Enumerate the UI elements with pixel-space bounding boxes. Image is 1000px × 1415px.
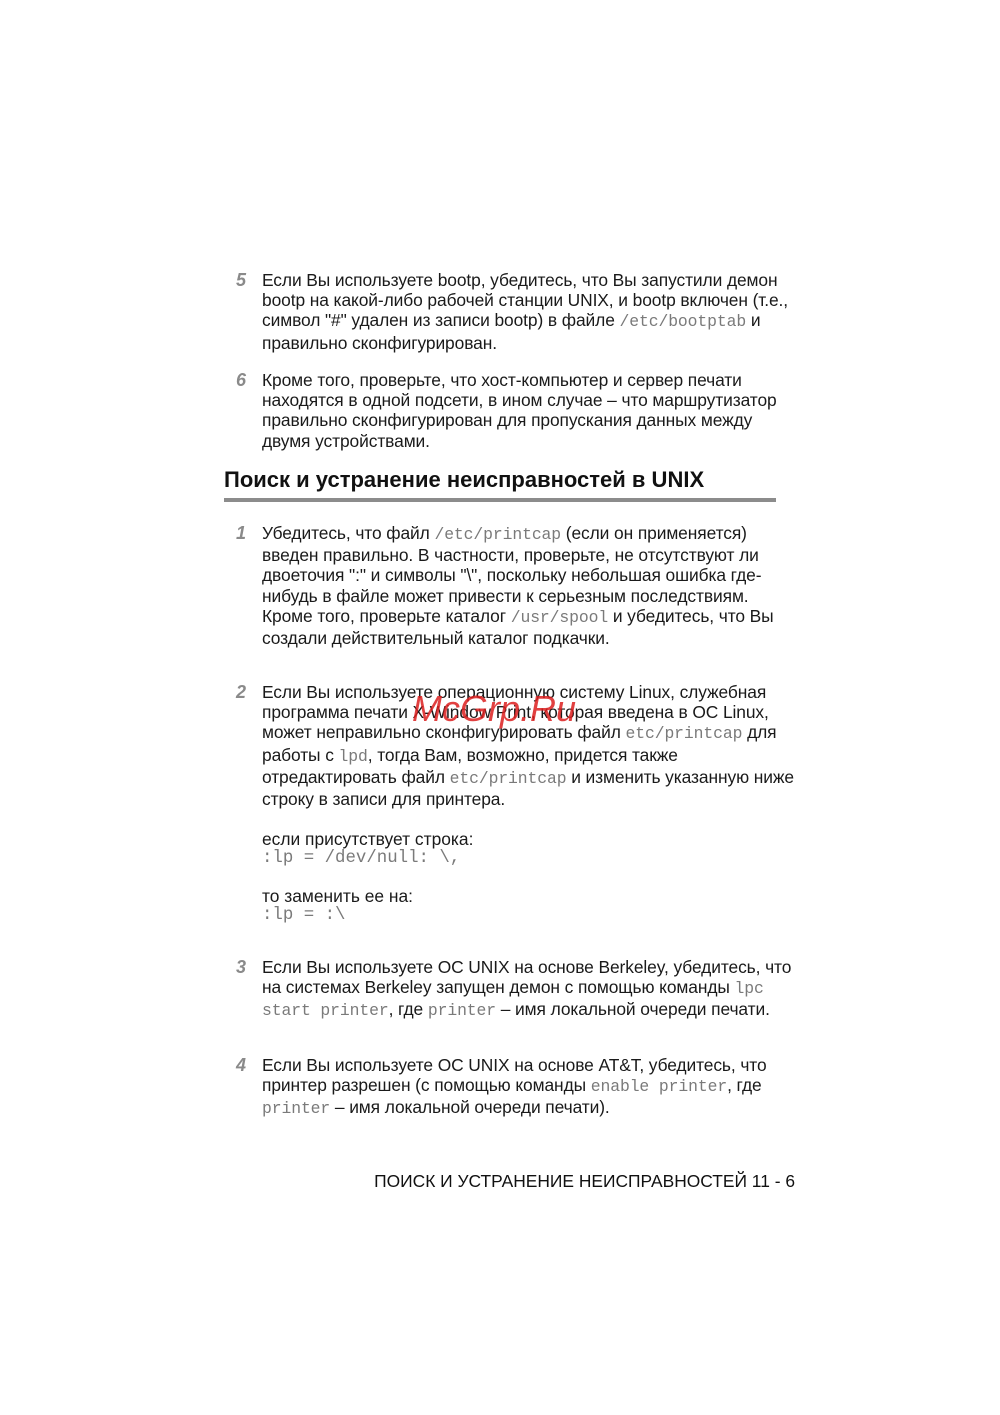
inline-code: etc/printcap — [626, 724, 743, 743]
heading-rule — [224, 498, 776, 502]
inline-code: /etc/printcap — [434, 525, 561, 544]
text-run: , где — [727, 1075, 762, 1095]
text-run: Кроме того, проверьте, что хост-компьюте… — [262, 370, 777, 451]
unix-step-3: 3 Если Вы используете ОС UNIX на основе … — [236, 957, 796, 1022]
step-number: 2 — [236, 682, 246, 702]
text-run: – имя локальной очереди печати. — [496, 999, 770, 1019]
step-6: 6 Кроме того, проверьте, что хост-компью… — [236, 370, 796, 451]
step-5: 5 Если Вы используете bootp, убедитесь, … — [236, 270, 796, 353]
step-number: 3 — [236, 957, 246, 977]
text-run: Если Вы используете ОС UNIX на основе Be… — [262, 957, 791, 997]
text-run: – имя локальной очереди печати). — [330, 1097, 610, 1117]
step-number: 5 — [236, 270, 246, 290]
text-run: Убедитесь, что файл — [262, 523, 434, 543]
text-run: , где — [389, 999, 428, 1019]
code-line-original: :lp = /dev/null: \, — [262, 849, 796, 869]
step-number: 4 — [236, 1055, 246, 1075]
step-text: Убедитесь, что файл /etc/printcap (если … — [262, 523, 796, 648]
inline-code: lpd — [339, 747, 368, 766]
step-text: Если Вы используете bootp, убедитесь, чт… — [262, 270, 796, 353]
inline-code: /usr/spool — [511, 608, 608, 627]
unix-step-1: 1 Убедитесь, что файл /etc/printcap (есл… — [236, 523, 796, 648]
step-text: Если Вы используете ОС UNIX на основе AT… — [262, 1055, 796, 1120]
inline-code: enable printer — [591, 1077, 727, 1096]
inline-code: /etc/bootptab — [620, 312, 747, 331]
step-text: Если Вы используете операционную систему… — [262, 682, 796, 809]
step-number: 1 — [236, 523, 246, 543]
step-text: Кроме того, проверьте, что хост-компьюте… — [262, 370, 796, 451]
section-heading: Поиск и устранение неисправностей в UNIX — [224, 466, 776, 494]
step-text: Если Вы используете ОС UNIX на основе Be… — [262, 957, 796, 1022]
document-page: 5 Если Вы используете bootp, убедитесь, … — [0, 0, 1000, 1415]
inline-code: etc/printcap — [450, 769, 567, 788]
code-line-replacement: :lp = :\ — [262, 906, 796, 926]
condition-label: если присутствует строка: — [262, 829, 796, 849]
inline-code: printer — [262, 1099, 330, 1118]
inline-code: printer — [428, 1001, 496, 1020]
unix-step-2: 2 Если Вы используете операционную систе… — [236, 682, 796, 926]
replacement-label: то заменить ее на: — [262, 886, 796, 906]
step-number: 6 — [236, 370, 246, 390]
unix-step-4: 4 Если Вы используете ОС UNIX на основе … — [236, 1055, 796, 1120]
page-footer: ПОИСК И УСТРАНЕНИЕ НЕИСПРАВНОСТЕЙ 11 - 6 — [355, 1170, 795, 1192]
